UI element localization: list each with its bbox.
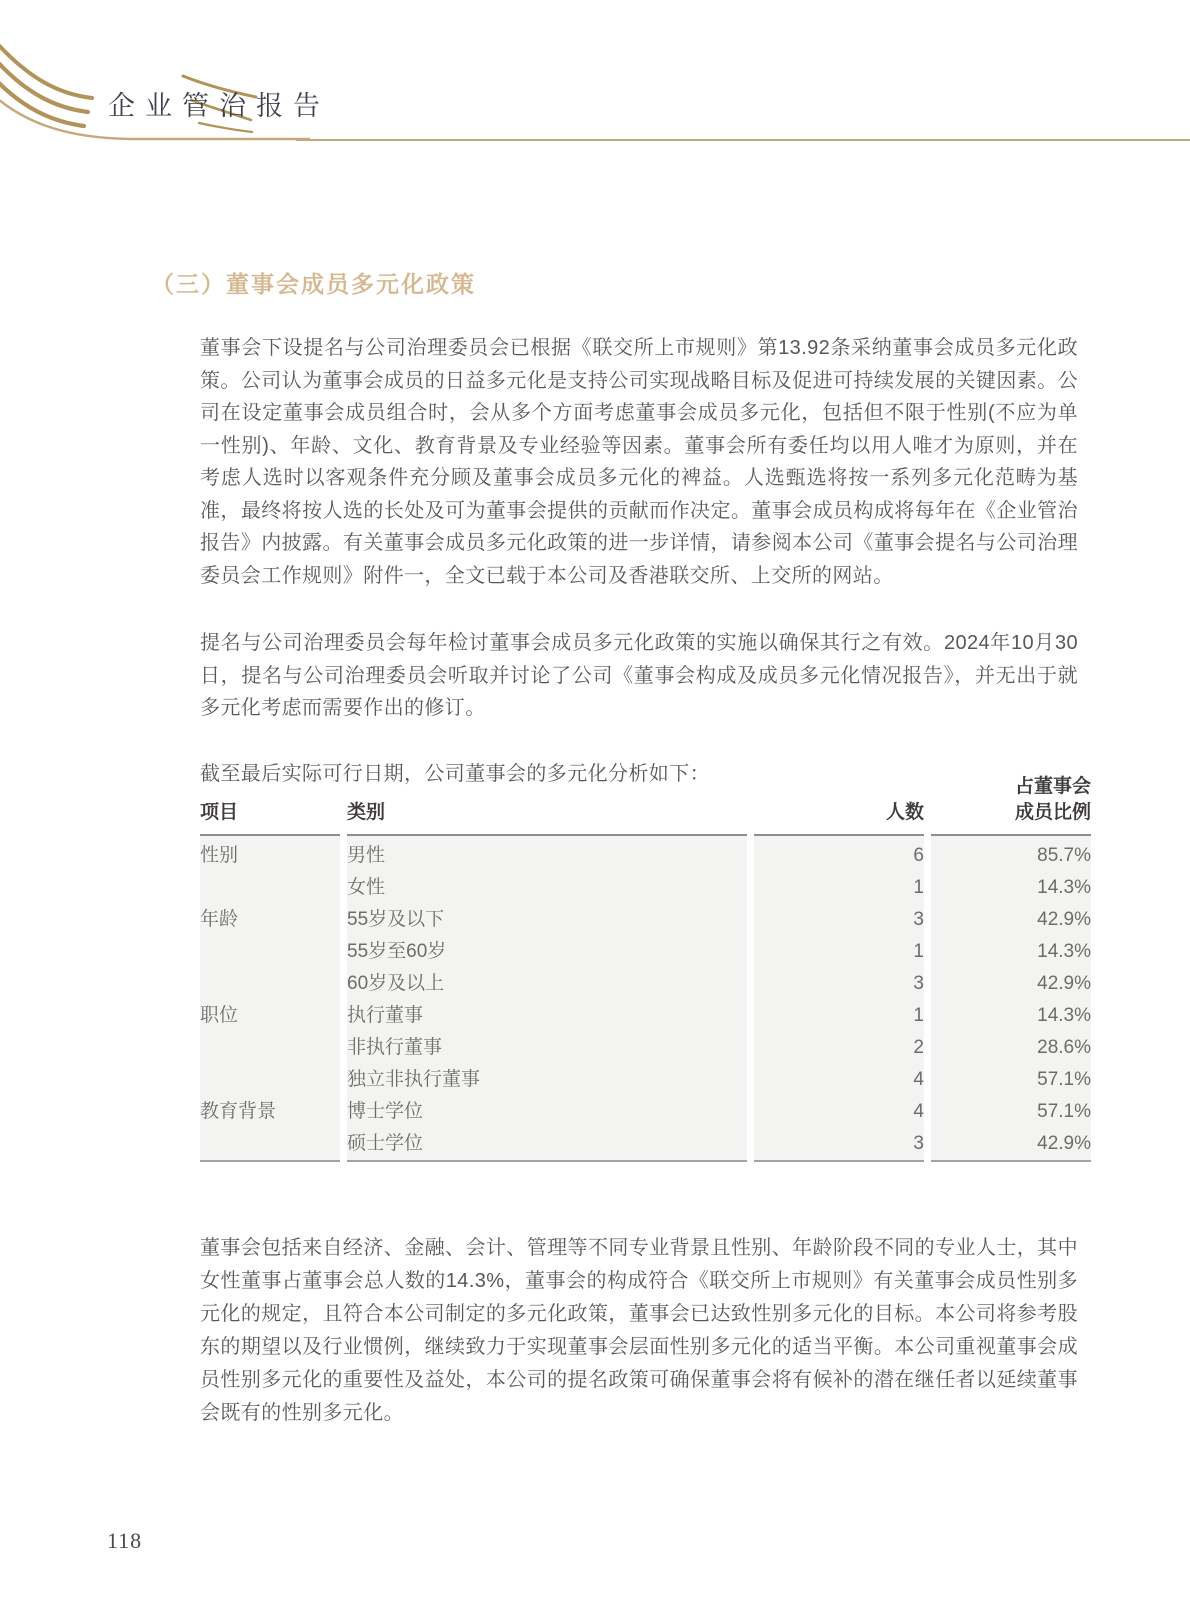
column-header-ratio-line2: 成员比例 [931, 800, 1091, 836]
table-row: 职位 执行董事 1 14.3% [200, 1000, 1091, 1032]
column-header-item: 项目 [200, 800, 340, 836]
cell-ratio: 42.9% [931, 968, 1091, 1000]
cell-count: 2 [754, 1032, 924, 1064]
table-header-row-top: 占董事会 [200, 770, 1091, 800]
table-row: 教育背景 博士学位 4 57.1% [200, 1096, 1091, 1128]
cell-item [200, 1032, 340, 1064]
cell-item: 职位 [200, 1000, 340, 1032]
cell-category: 55岁及以下 [347, 904, 747, 936]
cell-category: 非执行董事 [347, 1032, 747, 1064]
cell-ratio: 28.6% [931, 1032, 1091, 1064]
cell-item: 教育背景 [200, 1096, 340, 1128]
cell-count: 3 [754, 904, 924, 936]
cell-count: 3 [754, 968, 924, 1000]
cell-count: 4 [754, 1064, 924, 1096]
column-header-count: 人数 [754, 800, 924, 836]
cell-ratio: 57.1% [931, 1096, 1091, 1128]
diversity-table-body: 性别 男性 6 85.7% 女性 1 14.3% 年龄 55岁及以下 3 42.… [200, 836, 1091, 1162]
cell-category: 博士学位 [347, 1096, 747, 1128]
cell-count: 1 [754, 872, 924, 904]
table-row: 60岁及以上 3 42.9% [200, 968, 1091, 1000]
paragraph-gender-diversity: 董事会包括来自经济、金融、会计、管理等不同专业背景且性别、年龄阶段不同的专业人士… [200, 1232, 1078, 1430]
cell-item [200, 968, 340, 1000]
page-number: 118 [107, 1528, 142, 1554]
cell-ratio: 14.3% [931, 936, 1091, 968]
cell-ratio: 57.1% [931, 1064, 1091, 1096]
column-header-category: 类别 [347, 800, 747, 836]
cell-ratio: 85.7% [931, 836, 1091, 872]
table-row: 年龄 55岁及以下 3 42.9% [200, 904, 1091, 936]
paragraph-annual-review: 提名与公司治理委员会每年检讨董事会成员多元化政策的实施以确保其行之有效。2024… [200, 627, 1078, 725]
cell-item: 年龄 [200, 904, 340, 936]
diversity-analysis-table: 占董事会 项目 类别 人数 成员比例 性别 男性 6 85.7% 女性 1 14… [193, 770, 1098, 1162]
cell-category: 男性 [347, 836, 747, 872]
diversity-table-head: 占董事会 项目 类别 人数 成员比例 [200, 770, 1091, 836]
cell-category: 硕士学位 [347, 1128, 747, 1162]
arc-swoosh-logo-icon [0, 18, 310, 148]
cell-ratio: 14.3% [931, 1000, 1091, 1032]
cell-count: 6 [754, 836, 924, 872]
cell-ratio: 14.3% [931, 872, 1091, 904]
cell-category: 60岁及以上 [347, 968, 747, 1000]
table-header-row-main: 项目 类别 人数 成员比例 [200, 800, 1091, 836]
cell-item: 性别 [200, 836, 340, 872]
cell-ratio: 42.9% [931, 1128, 1091, 1162]
table-row: 女性 1 14.3% [200, 872, 1091, 904]
table-row: 非执行董事 2 28.6% [200, 1032, 1091, 1064]
cell-category: 女性 [347, 872, 747, 904]
cell-category: 55岁至60岁 [347, 936, 747, 968]
cell-count: 1 [754, 936, 924, 968]
cell-category: 独立非执行董事 [347, 1064, 747, 1096]
cell-ratio: 42.9% [931, 904, 1091, 936]
table-row: 性别 男性 6 85.7% [200, 836, 1091, 872]
cell-item [200, 936, 340, 968]
section-heading: （三）董事会成员多元化政策 [151, 266, 476, 299]
cell-count: 4 [754, 1096, 924, 1128]
cell-category: 执行董事 [347, 1000, 747, 1032]
cell-item [200, 1064, 340, 1096]
column-header-ratio-line1: 占董事会 [931, 770, 1091, 800]
cell-count: 3 [754, 1128, 924, 1162]
cell-item [200, 872, 340, 904]
paragraph-diversity-policy: 董事会下设提名与公司治理委员会已根据《联交所上市规则》第13.92条采纳董事会成… [200, 332, 1078, 592]
running-header-title: 企业管治报告 [108, 84, 330, 123]
header-divider [296, 139, 1190, 141]
table-row: 55岁至60岁 1 14.3% [200, 936, 1091, 968]
table-row: 硕士学位 3 42.9% [200, 1128, 1091, 1162]
report-page: 企业管治报告 （三）董事会成员多元化政策 董事会下设提名与公司治理委员会已根据《… [0, 0, 1190, 1615]
table-row: 独立非执行董事 4 57.1% [200, 1064, 1091, 1096]
cell-count: 1 [754, 1000, 924, 1032]
cell-item [200, 1128, 340, 1162]
